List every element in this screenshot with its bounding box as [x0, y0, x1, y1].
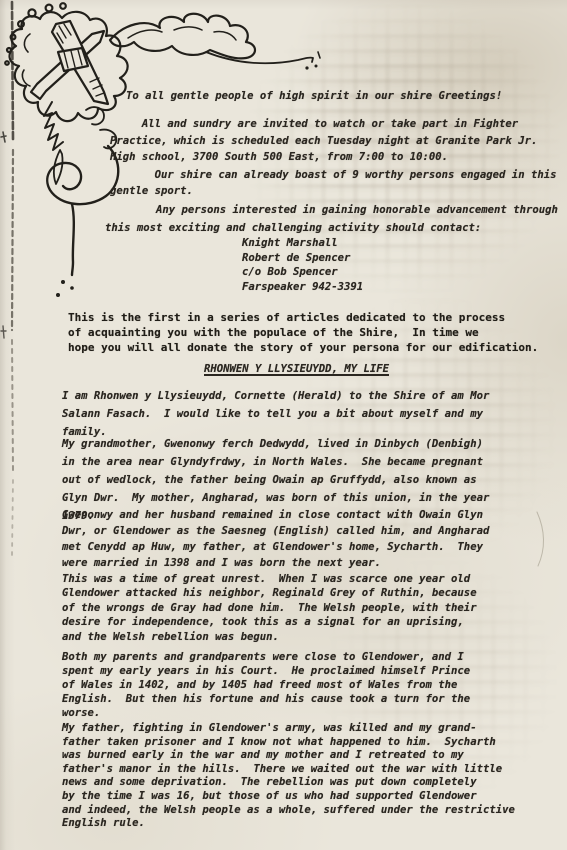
contact-list: Knight Marshall Robert de Spencer c/o Bo… [242, 236, 363, 294]
contact-intro-paragraph: Any persons interested in gaining honora… [105, 202, 558, 237]
crossed-clubs [31, 21, 108, 104]
article-paragraph-6: My father, fighting in Glendower's army,… [62, 722, 515, 831]
trailing-dot [61, 280, 65, 284]
scanned-newsletter-page: To all gentle people of high spirit in o… [0, 0, 567, 850]
shire-boast-paragraph: Our shire can already boast of 9 worthy … [110, 167, 556, 199]
binding-edge-shadow [1, 2, 13, 555]
greeting-line: To all gentle people of high spirit in o… [126, 88, 502, 104]
article-paragraph-3: Gwenonwy and her husband remained in clo… [62, 507, 489, 571]
trailing-dot [70, 286, 74, 290]
article-paragraph-1: I am Rhonwen y Llysieuydd, Cornette (Her… [62, 387, 489, 442]
fighter-practice-paragraph: All and sundry are invited to watch or t… [110, 116, 537, 166]
article-paragraph-4: This was a time of great unrest. When I … [62, 572, 477, 644]
trailing-dot [56, 293, 60, 297]
paper-crease [537, 512, 544, 566]
article-paragraph-5: Both my parents and grandparents were cl… [62, 650, 470, 720]
spiral-curl [44, 102, 118, 297]
article-title: RHONWEN Y LLYSIEUYDD, MY LIFE [204, 362, 389, 376]
series-intro-note: This is the first in a series of article… [68, 310, 538, 356]
leaf-scroll [110, 14, 320, 70]
